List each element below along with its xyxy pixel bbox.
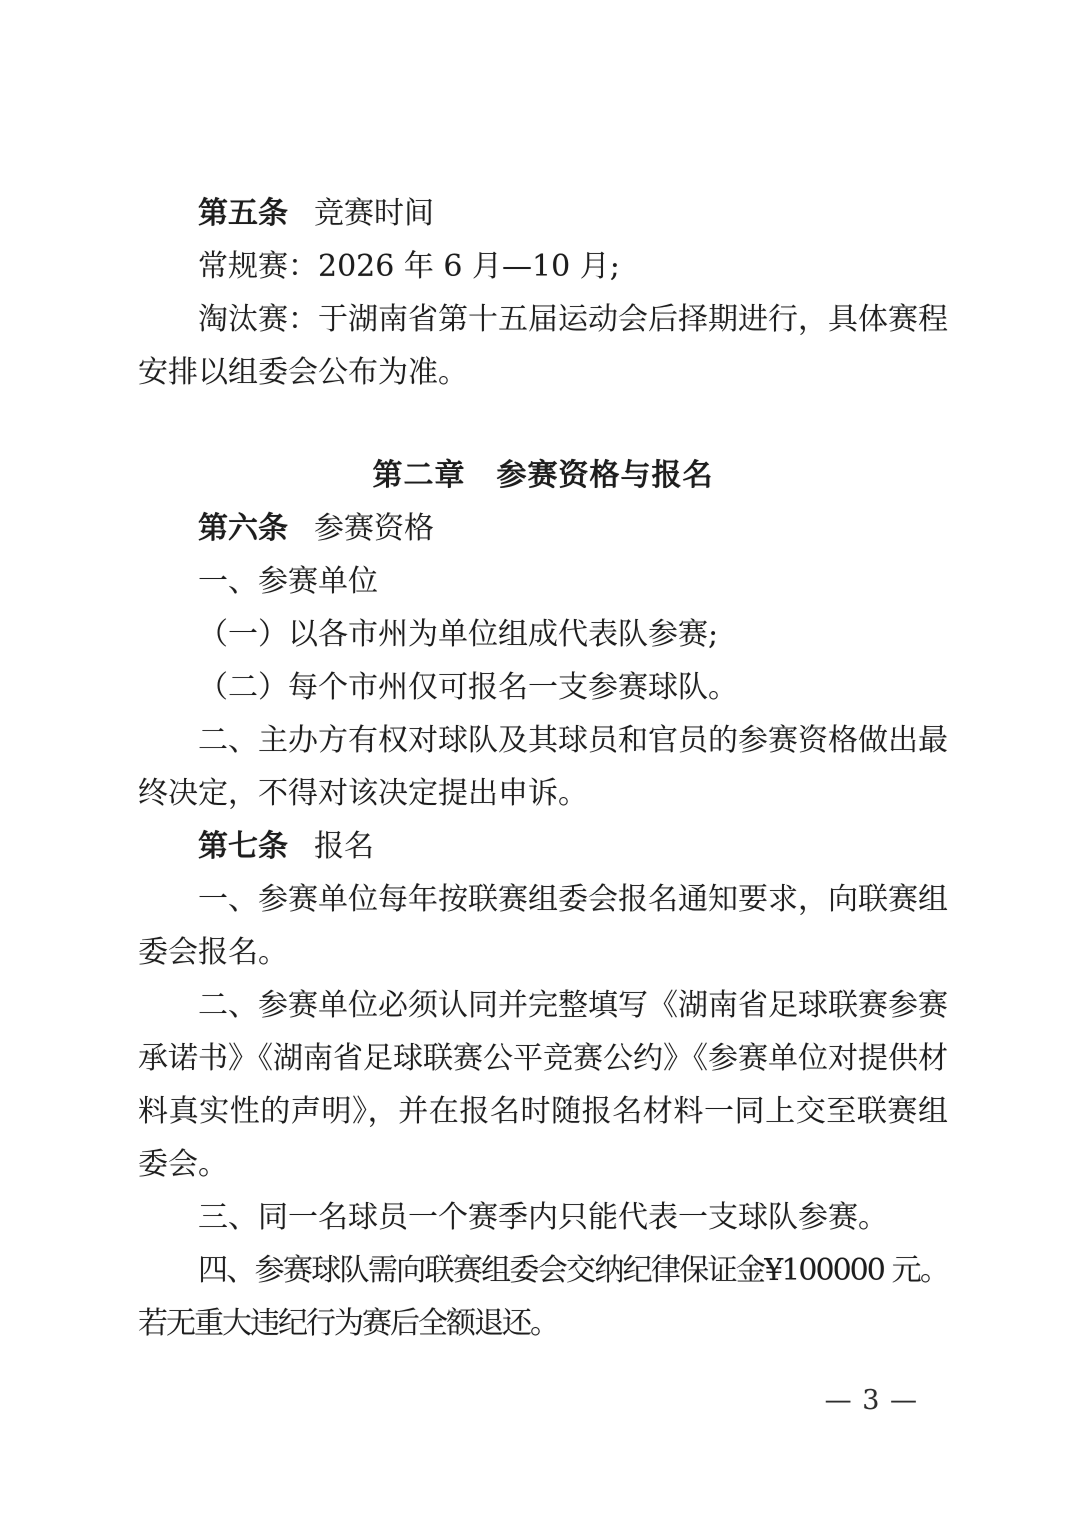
document-body: 第五条竞赛时间 常规赛：2026 年 6 月—10 月;淘汰赛：于湖南省第十五届… bbox=[138, 187, 948, 1350]
paragraph: 常规赛：2026 年 6 月—10 月; bbox=[138, 240, 948, 293]
paragraph: 一、参赛单位每年按联赛组委会报名通知要求，向联赛组委会报名。 bbox=[138, 873, 948, 979]
paragraph: （二）每个市州仅可报名一支参赛球队。 bbox=[138, 661, 948, 714]
paragraph: 淘汰赛：于湖南省第十五届运动会后择期进行，具体赛程安排以组委会公布为准。 bbox=[138, 293, 948, 399]
paragraph: （一）以各市州为单位组成代表队参赛; bbox=[138, 608, 948, 661]
article-title: 报名 bbox=[314, 829, 374, 864]
article-heading: 第七条报名 bbox=[138, 820, 948, 873]
document-page: { "colors": { "text": "#1d1d1d", "backgr… bbox=[0, 0, 1080, 1527]
paragraph: 三、同一名球员一个赛季内只能代表一支球队参赛。 bbox=[138, 1191, 948, 1244]
article-label: 第五条 bbox=[198, 196, 288, 231]
paragraph: 四、参赛球队需向联赛组委会交纳纪律保证金¥100000 元。若无重大违纪行为赛后… bbox=[138, 1244, 948, 1350]
paragraph: 二、参赛单位必须认同并完整填写《湖南省足球联赛参赛承诺书》《湖南省足球联赛公平竞… bbox=[138, 979, 948, 1191]
article-heading: 第五条竞赛时间 bbox=[138, 187, 948, 240]
article-title: 竞赛时间 bbox=[314, 196, 434, 231]
article-title: 参赛资格 bbox=[314, 511, 434, 546]
paragraph: 二、主办方有权对球队及其球员和官员的参赛资格做出最终决定，不得对该决定提出申诉。 bbox=[138, 714, 948, 820]
article-label: 第六条 bbox=[198, 511, 288, 546]
paragraph: 一、参赛单位 bbox=[138, 555, 948, 608]
article-heading: 第六条参赛资格 bbox=[138, 502, 948, 555]
chapter-heading: 第二章 参赛资格与报名 bbox=[138, 449, 948, 502]
article-label: 第七条 bbox=[198, 829, 288, 864]
page-number: — 3 — bbox=[825, 1381, 918, 1421]
